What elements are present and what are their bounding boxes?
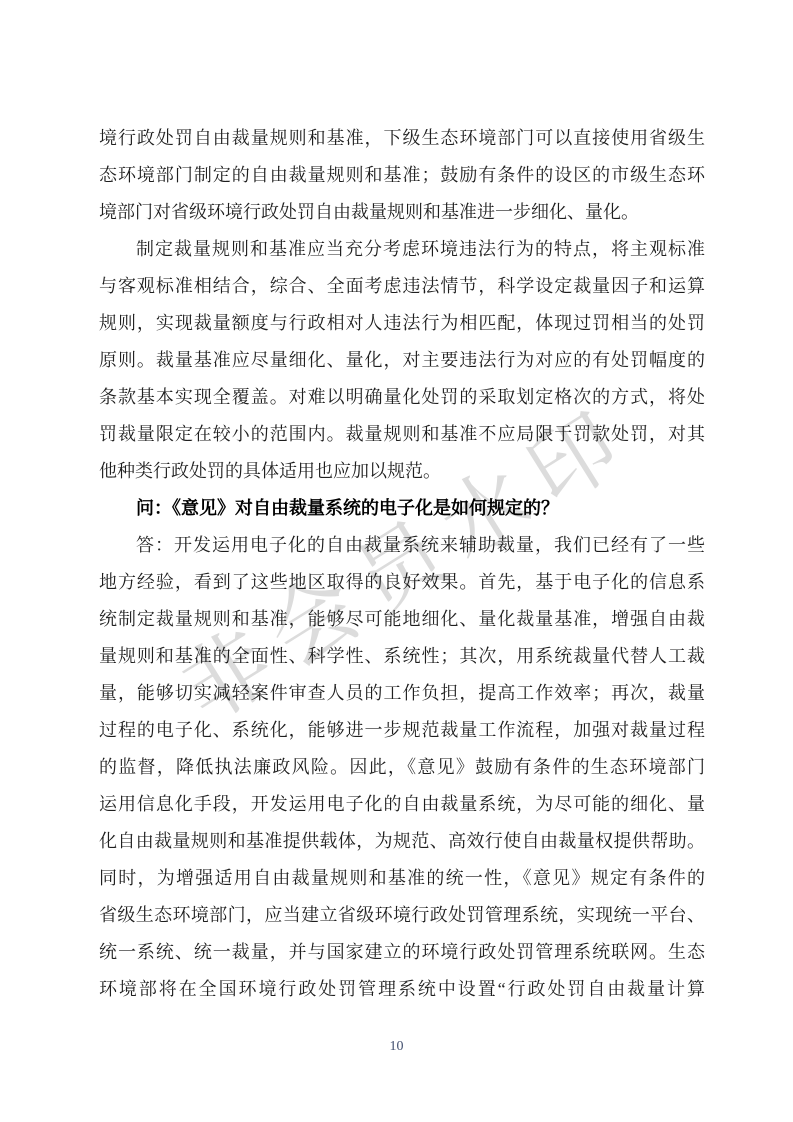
page-number: 10 xyxy=(0,1039,793,1055)
text-line: 量规则和基准的全面性、科学性、系统性；其次，用系统裁量代替人工裁 xyxy=(99,638,705,675)
text-line: 环境部将在全国环境行政处罚管理系统中设置“行政处罚自由裁量计算 xyxy=(99,971,705,1008)
text-line: 规则，实现裁量额度与行政相对人违法行为相匹配，体现过罚相当的处罚 xyxy=(99,305,705,342)
question-heading: 问：《意见》对自由裁量系统的电子化是如何规定的？ xyxy=(99,490,705,527)
text-line: 制定裁量规则和基准应当充分考虑环境违法行为的特点，将主观标准 xyxy=(99,231,705,268)
text-line: 他种类行政处罚的具体适用也应加以规范。 xyxy=(99,453,705,490)
document-body: 境行政处罚自由裁量规则和基准，下级生态环境部门可以直接使用省级生态环境部门制定的… xyxy=(99,120,705,1008)
text-line: 的监督，降低执法廉政风险。因此，《意见》鼓励有条件的生态环境部门 xyxy=(99,749,705,786)
text-line: 同时，为增强适用自由裁量规则和基准的统一性，《意见》规定有条件的 xyxy=(99,860,705,897)
text-line: 运用信息化手段，开发运用电子化的自由裁量系统，为尽可能的细化、量 xyxy=(99,786,705,823)
document-page: 非会员水印 境行政处罚自由裁量规则和基准，下级生态环境部门可以直接使用省级生态环… xyxy=(0,0,793,1122)
text-line: 罚裁量限定在较小的范围内。裁量规则和基准不应局限于罚款处罚，对其 xyxy=(99,416,705,453)
text-line: 过程的电子化、系统化，能够进一步规范裁量工作流程，加强对裁量过程 xyxy=(99,712,705,749)
text-line: 统一系统、统一裁量，并与国家建立的环境行政处罚管理系统联网。生态 xyxy=(99,934,705,971)
text-line: 态环境部门制定的自由裁量规则和基准；鼓励有条件的设区的市级生态环 xyxy=(99,157,705,194)
text-line: 境部门对省级环境行政处罚自由裁量规则和基准进一步细化、量化。 xyxy=(99,194,705,231)
text-line: 化自由裁量规则和基准提供载体，为规范、高效行使自由裁量权提供帮助。 xyxy=(99,823,705,860)
text-line: 条款基本实现全覆盖。对难以明确量化处罚的采取划定格次的方式，将处 xyxy=(99,379,705,416)
text-line: 原则。裁量基准应尽量细化、量化，对主要违法行为对应的有处罚幅度的 xyxy=(99,342,705,379)
text-line: 与客观标准相结合，综合、全面考虑违法情节，科学设定裁量因子和运算 xyxy=(99,268,705,305)
text-line: 地方经验，看到了这些地区取得的良好效果。首先，基于电子化的信息系 xyxy=(99,564,705,601)
text-line: 统制定裁量规则和基准，能够尽可能地细化、量化裁量基准，增强自由裁 xyxy=(99,601,705,638)
text-line: 量，能够切实减轻案件审查人员的工作负担，提高工作效率；再次，裁量 xyxy=(99,675,705,712)
text-line: 境行政处罚自由裁量规则和基准，下级生态环境部门可以直接使用省级生 xyxy=(99,120,705,157)
text-line: 答：开发运用电子化的自由裁量系统来辅助裁量，我们已经有了一些 xyxy=(99,527,705,564)
text-line: 省级生态环境部门，应当建立省级环境行政处罚管理系统，实现统一平台、 xyxy=(99,897,705,934)
